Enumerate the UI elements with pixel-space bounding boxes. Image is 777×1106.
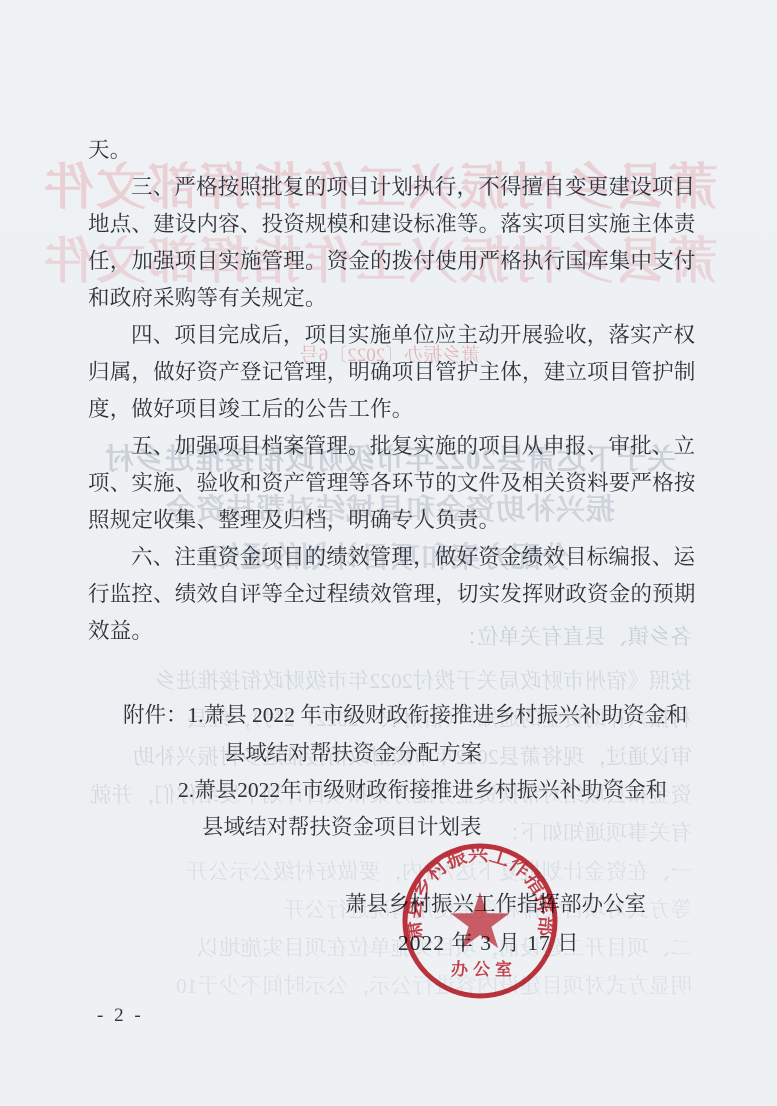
document-body: 天。三、严格按照批复的项目计划执行，不得擅自变更建设项目地点、建设内容、投资规模… [88,132,708,650]
body-line: 归属，做好资产登记管理，明确项目管护主体，建立项目管护制 [88,354,708,391]
seal-office-text: 办公室 [451,959,517,979]
bleed-body-line: 明显方式对项目建设内容进行公示，公示时间不少于10 [88,969,692,1000]
body-line: 天。 [88,132,708,169]
bleed-body-line: 一、在资金计划批复下达7日内，要做好村级公示公开 [88,855,692,886]
bleed-body-line: 按照《宿州市财政局关于拨付2022年市级财政衔接推进乡 [88,664,692,695]
body-line: 四、项目完成后，项目实施单位应主动开展验收，落实产权 [88,317,708,354]
attachment-line: 县域结对帮扶资金分配方案 [224,738,482,768]
body-line: 照规定收集、整理及归档，明确专人负责。 [88,502,708,539]
seal-graphic: 萧县乡村振兴工作指挥部 办公室 [398,839,562,1003]
body-line: 项、实施、验收和资产管理等各环节的文件及相关资料要严格按 [88,465,708,502]
scanned-document-page: 萧县乡村振兴工作指挥部文件萧县乡村振兴工作指挥部文件 萧乡振办〔2022〕6号 … [0,0,777,1106]
star-icon [451,892,510,948]
bleed-body-line: 二、项目开工建设前，项目实施单位在项目实施地以 [88,931,692,962]
body-line: 三、严格按照批复的项目计划执行，不得擅自变更建设项目 [88,169,708,206]
body-line: 五、加强项目档案管理。批复实施的项目从申报、审批、立 [88,428,708,465]
official-seal: 萧县乡村振兴工作指挥部 办公室 [398,839,562,1003]
body-line: 行监控、绩效自评等全过程绩效管理，切实发挥财政资金的预期 [88,576,708,613]
body-line: 地点、建设内容、投资规模和建设标准等。落实项目实施主体责 [88,206,708,243]
body-line: 效益。 [88,613,708,650]
page-number: - 2 - [97,1005,144,1027]
body-line: 六、注重资金项目的绩效管理，做好资金绩效目标编报、运 [88,539,708,576]
attachment-line: 县域结对帮扶资金项目计划表 [202,812,482,842]
attachment-line: 附件：1.萧县 2022 年市级财政衔接推进乡村振兴补助资金和 [123,700,687,730]
body-line: 任，加强项目实施管理。资金的拨付使用严格执行国库集中支付 [88,243,708,280]
attachment-line: 2.萧县2022年市级财政衔接推进乡村振兴补助资金和 [178,775,667,805]
body-line: 度，做好项目竣工后的公告工作。 [88,391,708,428]
body-line: 和政府采购等有关规定。 [88,280,708,317]
